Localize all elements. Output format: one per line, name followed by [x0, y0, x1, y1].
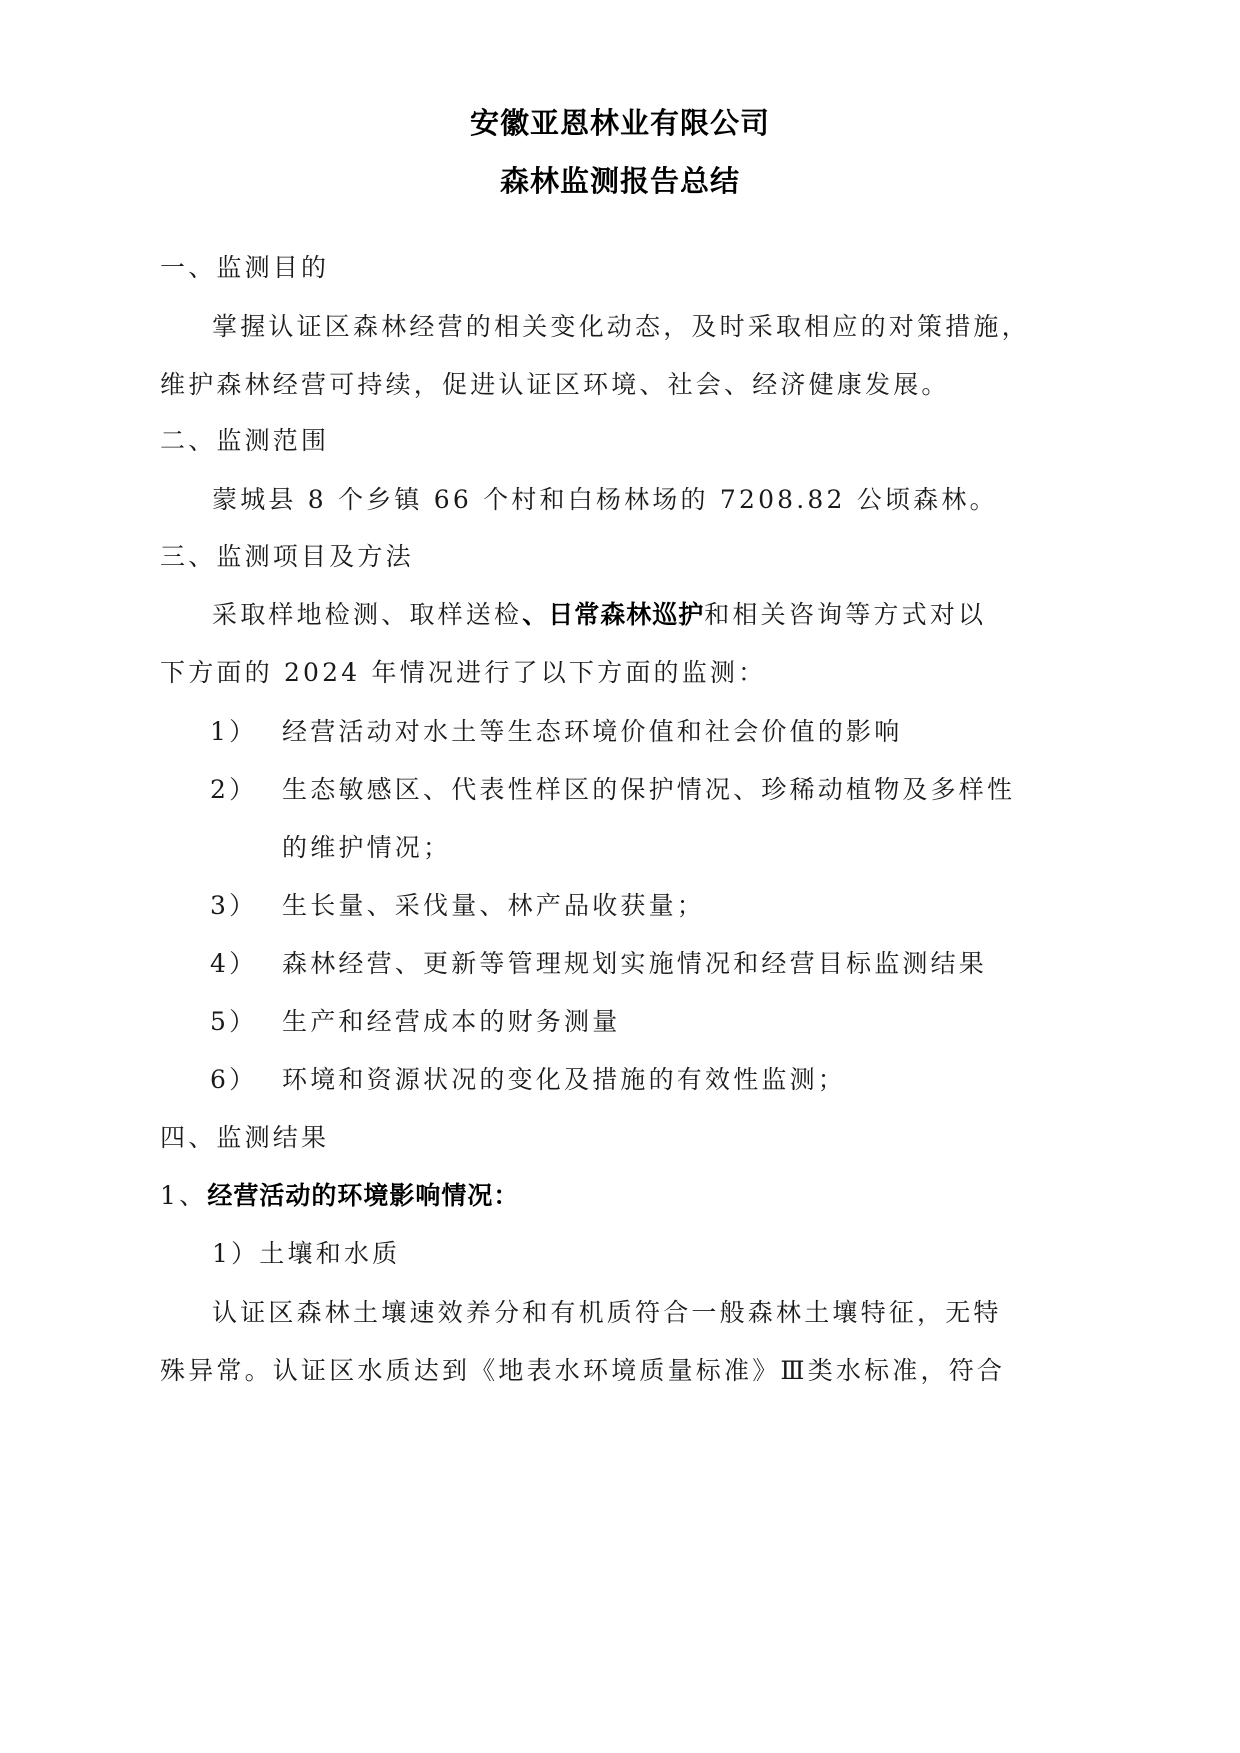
results-paragraph-line1: 认证区森林土壤速效养分和有机质符合一般森林土壤特征，无特 — [212, 1298, 1002, 1328]
scope-paragraph: 蒙城县 8 个乡镇 66 个村和白杨林场的 7208.82 公顷森林。 — [212, 485, 998, 515]
list-item: 5）生产和经营成本的财务测量 — [210, 1007, 620, 1037]
section-heading-purpose: 一、监测目的 — [160, 253, 329, 283]
subsection-number: 1、 — [160, 1181, 207, 1210]
purpose-paragraph-line2: 维护森林经营可持续，促进认证区环境、社会、经济健康发展。 — [160, 370, 950, 400]
methods-text-bold: 、日常森林巡护 — [522, 600, 704, 629]
methods-text-b: 和相关咨询等方式对以 — [704, 600, 986, 629]
purpose-paragraph-line1: 掌握认证区森林经营的相关变化动态，及时采取相应的对策措施， — [212, 312, 1030, 342]
list-item: 1）经营活动对水土等生态环境价值和社会价值的影响 — [210, 717, 902, 747]
list-item-text: 环境和资源状况的变化及措施的有效性监测； — [282, 1065, 846, 1094]
methods-paragraph-line1: 采取样地检测、取样送检、日常森林巡护和相关咨询等方式对以 — [212, 600, 986, 630]
methods-paragraph-line2: 下方面的 2024 年情况进行了以下方面的监测： — [160, 658, 766, 688]
list-item-text: 生长量、采伐量、林产品收获量； — [282, 891, 705, 920]
sub-subsection-heading-soil-water: 1）土壤和水质 — [212, 1239, 400, 1269]
list-item-text: 经营活动对水土等生态环境价值和社会价值的影响 — [282, 717, 902, 746]
list-item-text: 生态敏感区、代表性样区的保护情况、珍稀动植物及多样性 — [282, 775, 1015, 804]
section-heading-scope: 二、监测范围 — [160, 426, 329, 456]
document-page: 安徽亚恩林业有限公司 森林监测报告总结 一、监测目的 掌握认证区森林经营的相关变… — [0, 0, 1240, 1753]
list-item-text: 森林经营、更新等管理规划实施情况和经营目标监测结果 — [282, 949, 987, 978]
list-item-continuation: 的维护情况； — [282, 833, 451, 863]
list-item-number: 6） — [210, 1065, 282, 1095]
list-item-number: 2） — [210, 775, 282, 805]
results-paragraph-line2: 殊异常。认证区水质达到《地表水环境质量标准》Ⅲ类水标准，符合 — [160, 1356, 1005, 1386]
section-heading-methods: 三、监测项目及方法 — [160, 542, 414, 572]
list-item: 6）环境和资源状况的变化及措施的有效性监测； — [210, 1065, 846, 1095]
section-heading-results: 四、监测结果 — [160, 1123, 329, 1153]
report-title: 森林监测报告总结 — [0, 164, 1240, 198]
list-item-number: 1） — [210, 717, 282, 747]
list-item-number: 3） — [210, 891, 282, 921]
list-item: 4）森林经营、更新等管理规划实施情况和经营目标监测结果 — [210, 949, 987, 979]
list-item: 3）生长量、采伐量、林产品收获量； — [210, 891, 705, 921]
list-item: 2）生态敏感区、代表性样区的保护情况、珍稀动植物及多样性 — [210, 775, 1015, 805]
subsection-title: 经营活动的环境影响情况： — [207, 1181, 519, 1210]
list-item-text: 生产和经营成本的财务测量 — [282, 1007, 620, 1036]
list-item-number: 5） — [210, 1007, 282, 1037]
company-title: 安徽亚恩林业有限公司 — [0, 106, 1240, 140]
methods-text-a: 采取样地检测、取样送检 — [212, 600, 522, 629]
list-item-number: 4） — [210, 949, 282, 979]
subsection-heading-environment: 1、经营活动的环境影响情况： — [160, 1181, 519, 1211]
